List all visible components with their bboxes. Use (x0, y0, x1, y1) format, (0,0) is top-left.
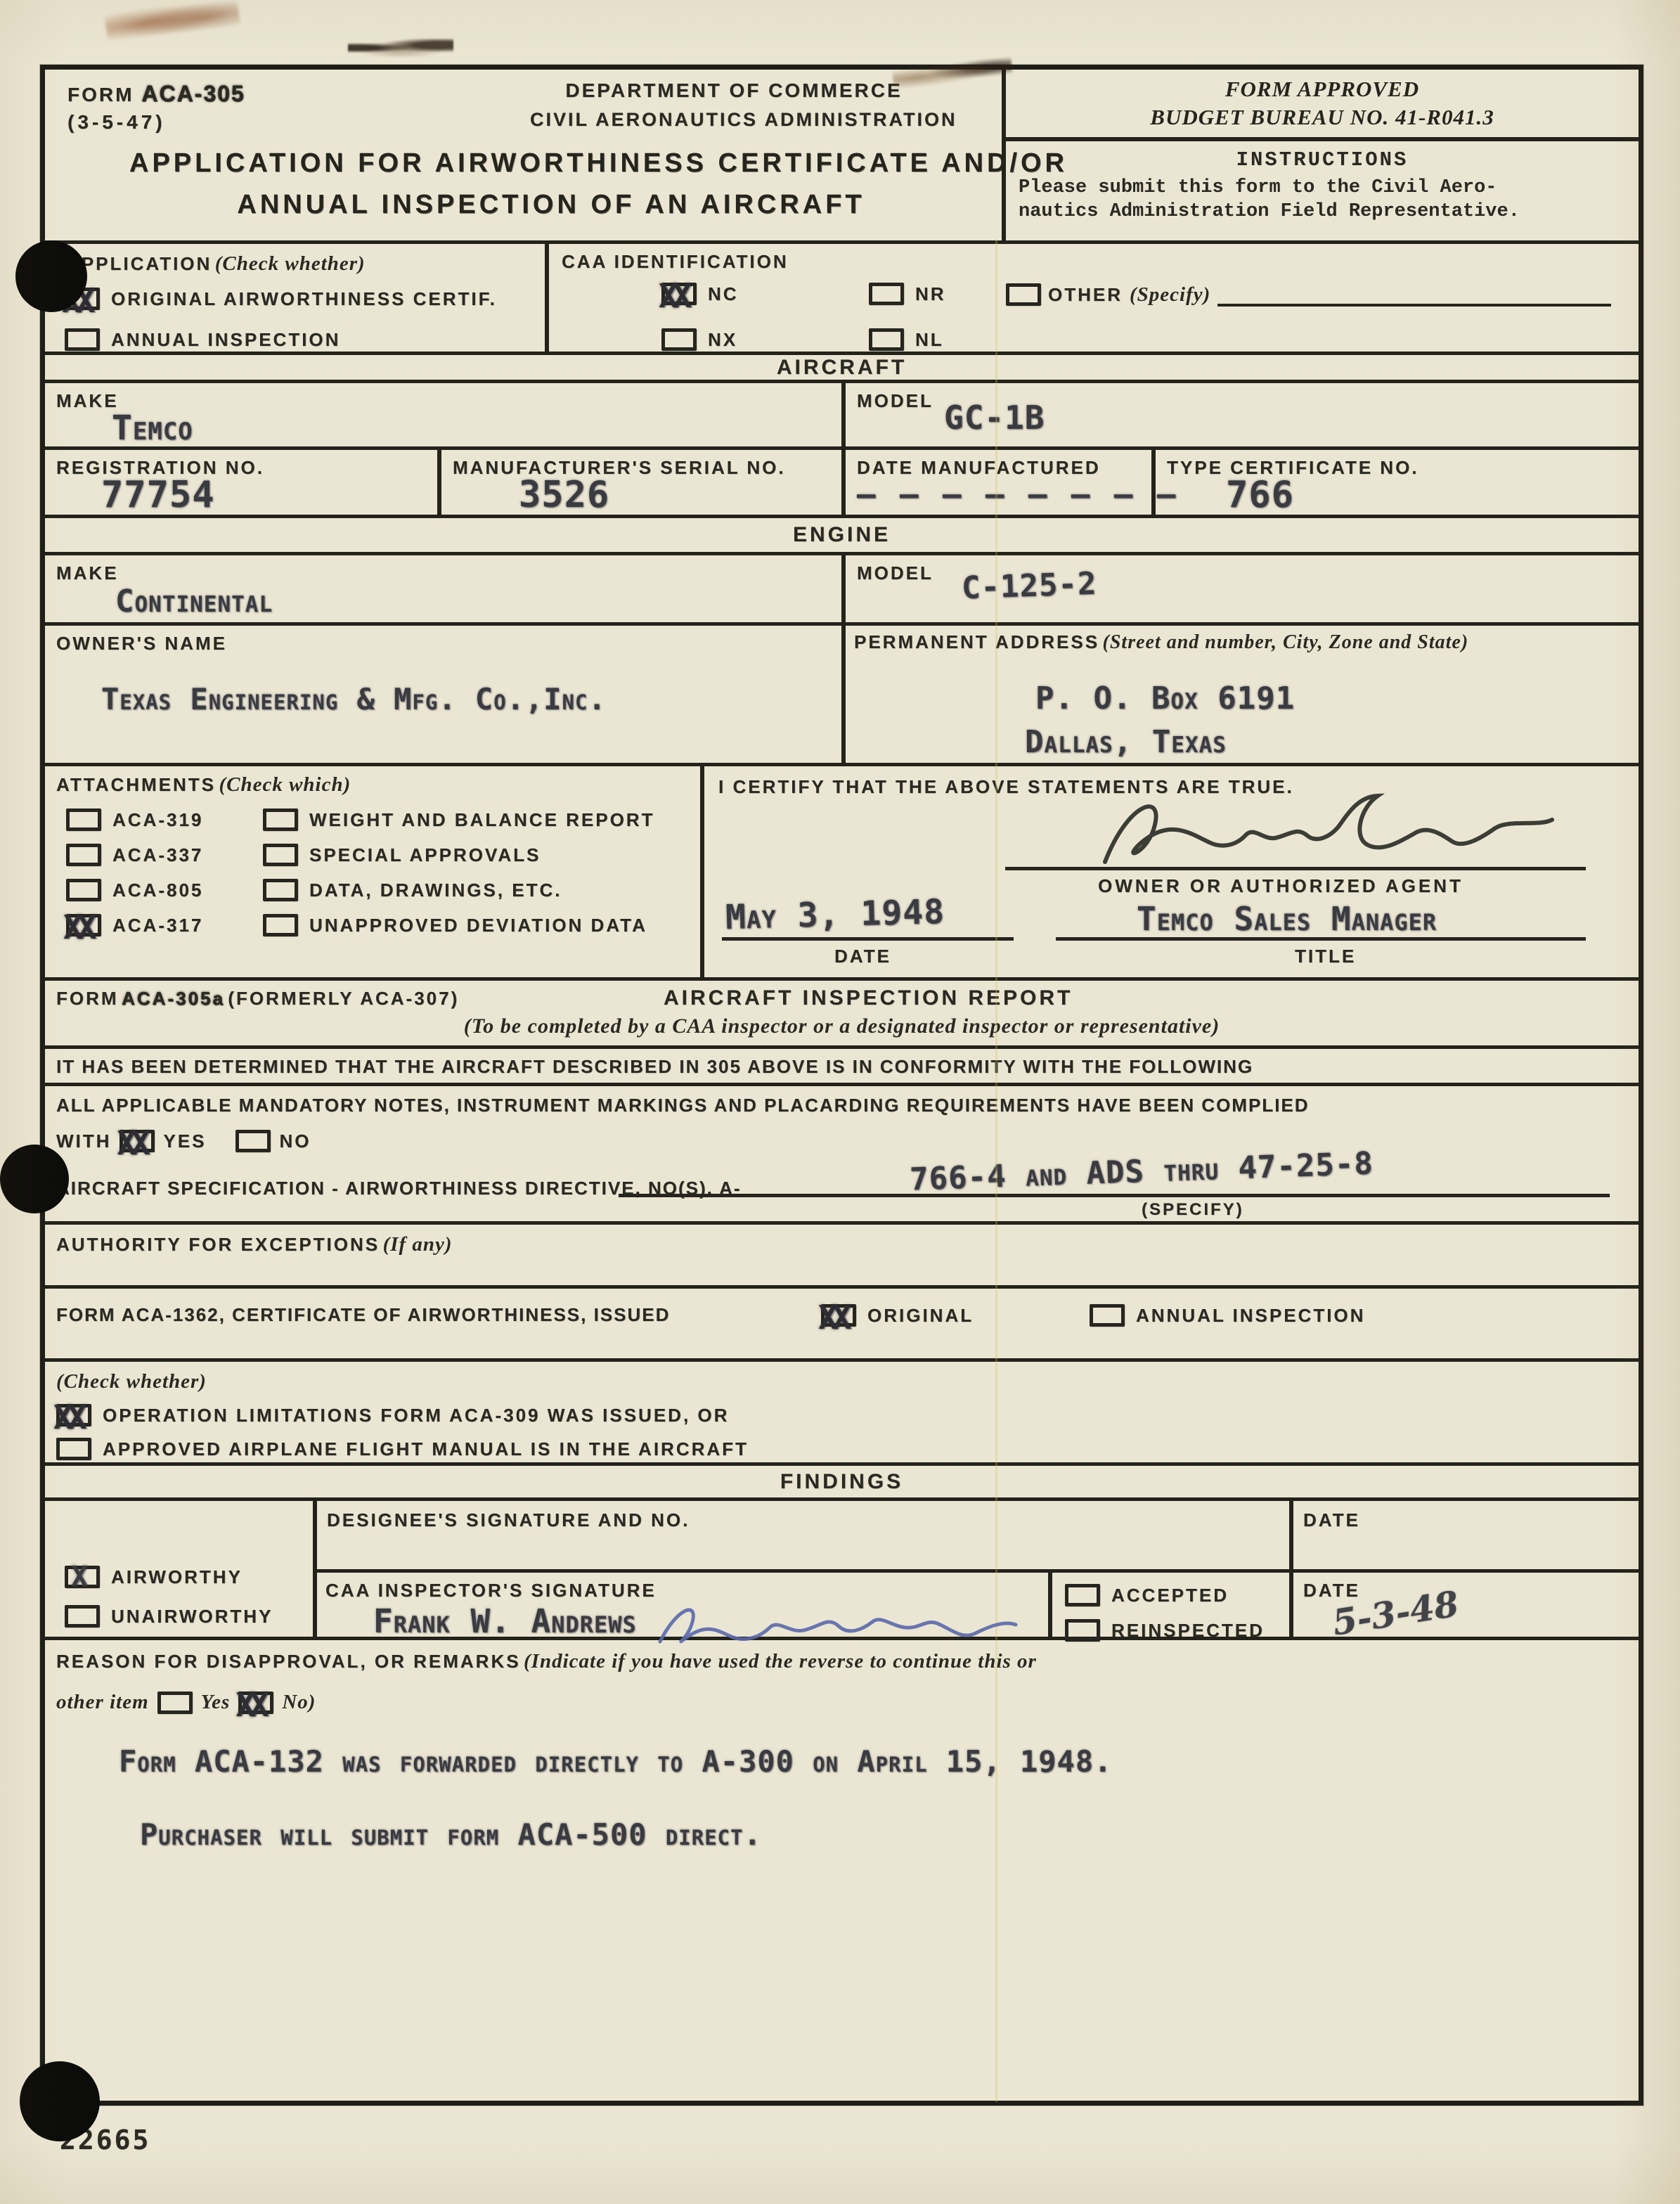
form-number: ACA-305 (141, 81, 245, 106)
issued-original-checkmark: XX (818, 1298, 846, 1336)
certify-date-label: DATE (834, 946, 891, 967)
caa-inspector-label: CAA INSPECTOR'S SIGNATURE (325, 1580, 657, 1602)
nl-checkbox (869, 328, 904, 351)
caa-inspector-cell: CAA INSPECTOR'S SIGNATURE Frank W. Andre… (313, 1573, 1048, 1637)
aca-317-checkmark: XX (63, 908, 91, 946)
nx-checkbox (661, 328, 697, 351)
aircraft-make-field: MAKE Temco (45, 383, 841, 446)
type-certificate-value: 766 (1226, 474, 1294, 516)
inspection-report-subtitle: (To be completed by a CAA inspector or a… (45, 1014, 1639, 1038)
application-cell: APPLICATION (Check whether) XX ORIGINAL … (45, 244, 545, 352)
certify-title-value: Temco Sales Manager (1137, 900, 1437, 938)
operation-limitations-checkbox: XX (56, 1404, 91, 1426)
specify-label: (SPECIFY) (1142, 1200, 1244, 1220)
accepted-checkbox (1065, 1584, 1100, 1606)
remarks-note-line2: other item (56, 1691, 149, 1714)
registration-field: REGISTRATION NO. 77754 (45, 450, 437, 515)
special-approvals-checkbox (263, 844, 298, 866)
unapproved-deviation-label: UNAPPROVED DEVIATION DATA (309, 915, 647, 936)
designee-signature-label: DESIGNEE'S SIGNATURE AND NO. (327, 1509, 690, 1531)
inspection-form-number: ACA-305a (122, 988, 225, 1009)
attachments-cell: ATTACHMENTS (Check which) ACA-319 WEIGHT… (45, 766, 700, 977)
reinspected-checkbox (1065, 1619, 1100, 1642)
aircraft-make-model-row: MAKE Temco MODEL GC-1B (45, 383, 1639, 450)
scanned-form-page: { "colors": { "paper": "#ebe6d3", "print… (0, 0, 1680, 2204)
flight-manual-checkbox (56, 1438, 91, 1460)
punch-hole-bottom (20, 2061, 100, 2141)
nx-label: NX (708, 329, 737, 351)
issued-original-label: ORIGINAL (867, 1305, 974, 1327)
instructions-line2: nautics Administration Field Representat… (1019, 201, 1639, 222)
nc-checkbox: XX (661, 283, 697, 305)
unapproved-deviation-checkbox (263, 914, 298, 936)
application-section: APPLICATION (Check whether) XX ORIGINAL … (45, 244, 1639, 355)
designee-date-cell: DATE (1289, 1501, 1639, 1573)
weight-balance-label: WEIGHT AND BALANCE REPORT (309, 809, 654, 831)
remarks-label: REASON FOR DISAPPROVAL, OR REMARKS (56, 1651, 521, 1672)
address-line1: P. O. Box 6191 (1035, 681, 1295, 716)
aca-317-label: ACA-317 (112, 915, 203, 936)
engine-model-field: MODEL C-125-2 (841, 555, 1639, 622)
designee-signature-cell: DESIGNEE'S SIGNATURE AND NO. (313, 1501, 1289, 1573)
authority-label: AUTHORITY FOR EXCEPTIONS (56, 1234, 380, 1255)
data-drawings-checkbox (263, 879, 298, 901)
compliance-statement: ALL APPLICABLE MANDATORY NOTES, INSTRUME… (56, 1095, 1310, 1116)
instructions-title: INSTRUCTIONS (1006, 148, 1639, 172)
owner-address-row: OWNER'S NAME Texas Engineering & Mfg. Co… (45, 626, 1639, 766)
date-manufactured-label: DATE MANUFACTURED (857, 457, 1101, 479)
aircraft-model-field: MODEL GC-1B (841, 383, 1639, 446)
caa-identification-cell: CAA IDENTIFICATION XX NC NR OTHER (Speci… (545, 244, 1639, 352)
certify-title-label: TITLE (1295, 946, 1356, 967)
data-drawings-label: DATA, DRAWINGS, ETC. (309, 879, 562, 901)
aca-805-label: ACA-805 (112, 879, 203, 901)
department-line2: CIVIL AERONAUTICS ADMINISTRATION (530, 109, 938, 131)
compliance-yes-label: YES (163, 1130, 206, 1152)
operation-limitations-checkmark: XX (53, 1398, 81, 1436)
aircraft-make-value: Temco (112, 408, 193, 448)
punch-hole-middle (0, 1145, 69, 1213)
engine-band-label: ENGINE (793, 523, 891, 547)
registration-value: 77754 (101, 474, 215, 516)
inspector-typed-name: Frank W. Andrews (373, 1602, 637, 1640)
form-number-block: FORM ACA-305 (3-5-47) (67, 81, 245, 134)
remarks-yes-label: Yes (201, 1691, 231, 1714)
aca-317-checkbox: XX (66, 914, 101, 936)
compliance-yes-checkbox: XX (119, 1130, 155, 1152)
form-border: FORM ACA-305 (3-5-47) DEPARTMENT OF COMM… (40, 65, 1643, 2106)
weight-balance-checkbox (263, 808, 298, 831)
owner-name-field: OWNER'S NAME Texas Engineering & Mfg. Co… (45, 626, 841, 763)
inspection-date-cell: DATE 5-3-48 (1289, 1573, 1639, 1637)
department-block: DEPARTMENT OF COMMERCE CIVIL AERONAUTICS… (530, 79, 938, 131)
annual-inspection-label: ANNUAL INSPECTION (111, 329, 340, 351)
certification-cell: I CERTIFY THAT THE ABOVE STATEMENTS ARE … (700, 766, 1639, 977)
application-label: APPLICATION (66, 253, 212, 274)
nr-checkbox (869, 283, 904, 305)
other-specify-line (1217, 283, 1611, 307)
flight-manual-label: APPROVED AIRPLANE FLIGHT MANUAL IS IN TH… (103, 1438, 749, 1460)
nc-label: NC (708, 283, 739, 305)
title-line (1056, 937, 1586, 941)
attachments-label: ATTACHMENTS (56, 774, 216, 795)
department-line1: DEPARTMENT OF COMMERCE (530, 79, 938, 102)
engine-section-header: ENGINE (45, 518, 1639, 555)
accepted-cell: ACCEPTED REINSPECTED (1048, 1573, 1289, 1637)
remarks-no-label: No) (282, 1691, 316, 1714)
issued-annual-checkbox (1090, 1304, 1125, 1327)
annual-inspection-checkbox (65, 328, 100, 351)
findings-table: X AIRWORTHY UNAIRWORTHY DESIGNEE'S SIGNA… (45, 1501, 1639, 1640)
unairworthy-label: UNAIRWORTHY (111, 1606, 273, 1628)
findings-section-header: FINDINGS (45, 1466, 1639, 1501)
inspection-report-header: FORM ACA-305a (FORMERLY ACA-307) AIRCRAF… (45, 981, 1639, 1049)
airworthy-cell: X AIRWORTHY UNAIRWORTHY (45, 1501, 313, 1637)
form-title-block: APPLICATION FOR AIRWORTHINESS CERTIFICAT… (129, 148, 973, 220)
engine-make-label: MAKE (56, 562, 119, 584)
airworthy-checkmark: X (71, 1561, 88, 1593)
other-label: OTHER (1048, 284, 1123, 306)
special-approvals-label: SPECIAL APPROVALS (309, 844, 541, 866)
aircraft-section-header: AIRCRAFT (45, 355, 1639, 383)
issued-annual-label: ANNUAL INSPECTION (1136, 1305, 1365, 1327)
aca-337-label: ACA-337 (112, 844, 203, 866)
engine-model-label: MODEL (857, 562, 933, 584)
compliance-no-label: NO (279, 1130, 311, 1152)
aca-319-label: ACA-319 (112, 809, 203, 831)
aca-319-checkbox (66, 808, 101, 831)
with-label: WITH (56, 1130, 111, 1152)
paper-crease (995, 239, 997, 2102)
form-header: FORM ACA-305 (3-5-47) DEPARTMENT OF COMM… (45, 70, 1639, 244)
budget-bureau-line: BUDGET BUREAU NO. 41-R041.3 (1006, 105, 1639, 130)
issued-original-checkbox: XX (821, 1304, 856, 1327)
limitations-row: (Check whether) XX OPERATION LIMITATIONS… (45, 1362, 1639, 1466)
aircraft-registration-row: REGISTRATION NO. 77754 MANUFACTURER'S SE… (45, 450, 1639, 518)
aca-337-checkbox (66, 844, 101, 866)
remarks-line2: Purchaser will submit form ACA-500 direc… (140, 1817, 762, 1852)
budget-bureau-box: FORM APPROVED BUDGET BUREAU NO. 41-R041.… (1006, 70, 1639, 141)
determined-statement: IT HAS BEEN DETERMINED THAT THE AIRCRAFT… (56, 1056, 1253, 1078)
instructions-line1: Please submit this form to the Civil Aer… (1019, 177, 1639, 198)
findings-band-label: FINDINGS (780, 1470, 903, 1494)
serial-field: MANUFACTURER'S SERIAL NO. 3526 (437, 450, 841, 515)
permanent-address-note: (Street and number, City, Zone and State… (1103, 631, 1469, 653)
remarks-no-checkbox: XX (238, 1691, 273, 1714)
ink-mark-top (348, 39, 453, 57)
punch-hole-top (15, 240, 87, 312)
remarks-yes-checkbox (157, 1691, 193, 1714)
date-manufactured-value: – – – – – – – – (857, 477, 1178, 513)
aircraft-make-label: MAKE (56, 390, 119, 412)
spec-directive-line (619, 1194, 1610, 1197)
owner-signature (1084, 779, 1569, 877)
nl-label: NL (915, 329, 944, 351)
owner-name-value: Texas Engineering & Mfg. Co.,Inc. (101, 682, 607, 716)
attachments-note: (Check which) (219, 773, 351, 796)
form-approved-line: FORM APPROVED (1006, 77, 1639, 102)
designee-date-label: DATE (1303, 1509, 1360, 1531)
form-revision-date: (3-5-47) (67, 111, 245, 134)
nr-label: NR (915, 283, 946, 305)
agent-label: OWNER OR AUTHORIZED AGENT (1098, 875, 1463, 897)
serial-value: 3526 (519, 474, 609, 516)
remarks-no-checkmark: XX (235, 1686, 263, 1724)
engine-model-value: C-125-2 (961, 566, 1097, 607)
inspection-formerly: (FORMERLY ACA-307) (228, 988, 459, 1009)
operation-limitations-label: OPERATION LIMITATIONS FORM ACA-309 WAS I… (103, 1405, 729, 1426)
authority-exceptions-row: AUTHORITY FOR EXCEPTIONS (If any) (45, 1225, 1639, 1289)
original-airworthiness-label: ORIGINAL AIRWORTHINESS CERTIF. (111, 288, 497, 310)
inspection-form-prefix: FORM (56, 988, 119, 1009)
caa-identification-label: CAA IDENTIFICATION (562, 251, 789, 273)
pencil-smudge-top-left (104, 0, 240, 43)
airworthy-checkbox: X (65, 1566, 100, 1588)
certify-date-value: May 3, 1948 (725, 892, 945, 937)
approved-instructions-box: FORM APPROVED BUDGET BUREAU NO. 41-R041.… (1002, 70, 1639, 240)
spec-directive-value: 766-4 and ADS thru 47-25-8 (909, 1145, 1374, 1197)
address-line2: Dallas, Texas (1025, 724, 1227, 760)
form-number-prefix: FORM (67, 84, 134, 105)
airworthy-label: AIRWORTHY (111, 1566, 243, 1588)
reinspected-label: REINSPECTED (1111, 1620, 1265, 1642)
inspection-report-title: AIRCRAFT INSPECTION REPORT (664, 986, 1073, 1010)
aircraft-model-value: GC-1B (944, 399, 1045, 437)
form-title-line1: APPLICATION FOR AIRWORTHINESS CERTIFICAT… (129, 148, 973, 179)
nc-checkmark: XX (659, 277, 686, 315)
limitations-check-whether: (Check whether) (56, 1370, 207, 1393)
application-note: (Check whether) (215, 252, 366, 275)
permanent-address-label: PERMANENT ADDRESS (854, 631, 1099, 652)
other-specify-note: (Specify) (1130, 283, 1210, 307)
permanent-address-field: PERMANENT ADDRESS (Street and number, Ci… (841, 626, 1639, 763)
compliance-no-checkbox (235, 1130, 271, 1152)
certificate-issued-row: FORM ACA-1362, CERTIFICATE OF AIRWORTHIN… (45, 1289, 1639, 1362)
serial-label: MANUFACTURER'S SERIAL NO. (453, 457, 786, 479)
attachments-certify-row: ATTACHMENTS (Check which) ACA-319 WEIGHT… (45, 766, 1639, 981)
engine-make-field: MAKE Continental (45, 555, 841, 622)
engine-make-value: Continental (115, 584, 273, 619)
aircraft-model-label: MODEL (857, 390, 933, 412)
date-line (722, 937, 1014, 941)
instructions-box: INSTRUCTIONS Please submit this form to … (1006, 141, 1639, 240)
aca-805-checkbox (66, 879, 101, 901)
type-certificate-field: TYPE CERTIFICATE NO. 766 (1151, 450, 1639, 515)
determined-row: IT HAS BEEN DETERMINED THAT THE AIRCRAFT… (45, 1049, 1639, 1086)
remarks-section: REASON FOR DISAPPROVAL, OR REMARKS (Indi… (45, 1640, 1639, 2101)
inspector-signature (647, 1592, 1027, 1656)
engine-make-model-row: MAKE Continental MODEL C-125-2 (45, 555, 1639, 626)
certificate-issued-label: FORM ACA-1362, CERTIFICATE OF AIRWORTHIN… (56, 1304, 670, 1326)
form-title-line2: ANNUAL INSPECTION OF AN AIRCRAFT (129, 190, 973, 220)
other-checkbox (1006, 283, 1041, 306)
unairworthy-checkbox (65, 1605, 100, 1628)
inspection-date-label: DATE (1303, 1580, 1360, 1602)
aircraft-band-label: AIRCRAFT (777, 356, 907, 380)
remarks-line1: Form ACA-132 was forwarded directly to A… (119, 1744, 1112, 1779)
owner-name-label: OWNER'S NAME (56, 633, 227, 655)
compliance-yes-checkmark: XX (117, 1124, 144, 1162)
compliance-spec-row: ALL APPLICABLE MANDATORY NOTES, INSTRUME… (45, 1086, 1639, 1225)
authority-note: (If any) (383, 1233, 453, 1256)
accepted-label: ACCEPTED (1111, 1585, 1229, 1606)
